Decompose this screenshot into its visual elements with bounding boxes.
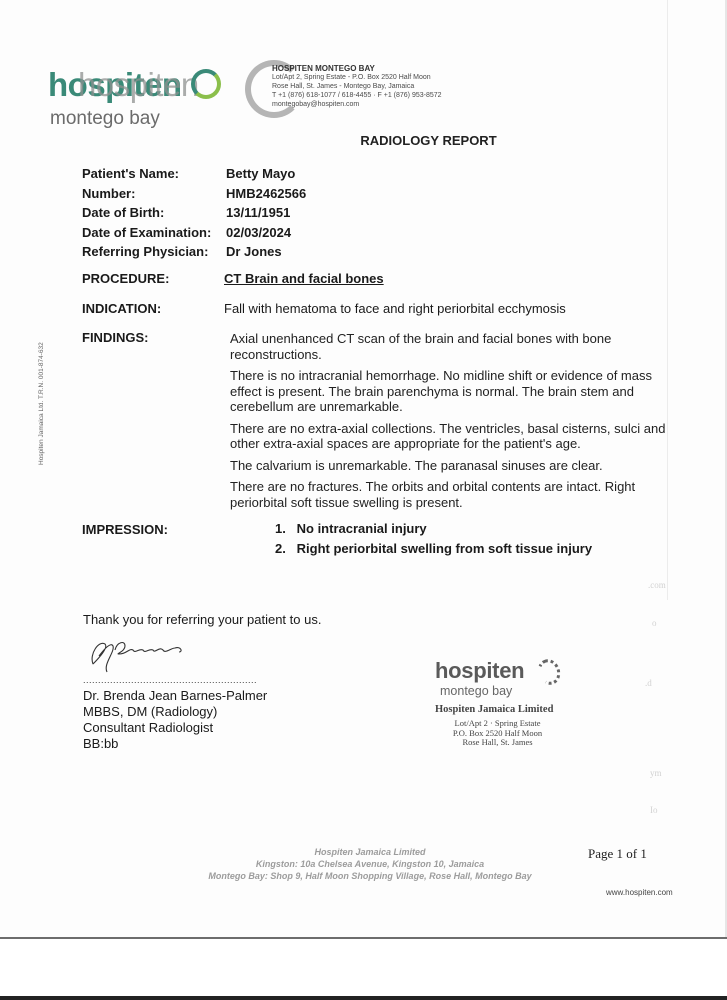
page-number: Page 1 of 1: [588, 846, 647, 862]
hospital-stamp: hospiten montego bay Hospiten Jamaica Li…: [435, 658, 585, 748]
report-title: RADIOLOGY REPORT: [0, 133, 727, 148]
bleed-through-mark: .d: [645, 678, 652, 688]
signer-title: Consultant Radiologist: [83, 720, 267, 736]
stamp-brand: hospiten: [435, 658, 585, 684]
signature-line: ........................................…: [83, 675, 257, 685]
findings-paragraph: Axial unenhanced CT scan of the brain an…: [230, 331, 670, 362]
impression-item: 2. Right periorbital swelling from soft …: [275, 541, 592, 561]
letterhead-address-line: Lot/Apt 2, Spring Estate - P.O. Box 2520…: [272, 73, 442, 82]
impression-text: Right periorbital swelling from soft tis…: [297, 541, 592, 556]
patient-name-value: Betty Mayo: [226, 166, 295, 181]
footer-montego-bay: Montego Bay: Shop 9, Half Moon Shopping …: [170, 870, 570, 882]
footer-address: Hospiten Jamaica Limited Kingston: 10a C…: [170, 846, 570, 882]
letterhead-phone-line: T +1 (876) 618-1077 / 618-4455 · F +1 (8…: [272, 91, 442, 100]
logo-ring-icon: [191, 69, 221, 99]
bleed-through-mark: ym: [650, 768, 662, 778]
stamp-address: Lot/Apt 2 · Spring Estate P.O. Box 2520 …: [435, 719, 560, 748]
findings-label: FINDINGS:: [82, 330, 148, 345]
referring-physician-value: Dr Jones: [226, 244, 282, 259]
findings-paragraph: There is no intracranial hemorrhage. No …: [230, 368, 670, 415]
signer-name: Dr. Brenda Jean Barnes-Palmer: [83, 688, 267, 704]
scan-bottom-edge: [0, 996, 727, 1000]
field-label: Patient's Name:: [82, 166, 226, 181]
report-page: hospiten hospiten montego bay HOSPITEN M…: [0, 0, 727, 939]
side-registration-text: Hospiten Jamaica Ltd. T.R.N. 001-874-632: [38, 342, 45, 465]
bleed-through-mark: Io: [650, 805, 658, 815]
date-of-birth-value: 13/11/1951: [226, 205, 290, 220]
footer-kingston: Kingston: 10a Chelsea Avenue, Kingston 1…: [170, 858, 570, 870]
impression-text: No intracranial injury: [297, 521, 427, 536]
findings-paragraph: There are no fractures. The orbits and o…: [230, 479, 670, 510]
stamp-brand-subtitle: montego bay: [440, 684, 585, 698]
impression-number: 1.: [275, 521, 293, 536]
indication-label: INDICATION:: [82, 301, 161, 316]
letterhead-address-line: Rose Hall, St. James - Montego Bay, Jama…: [272, 82, 442, 91]
date-of-examination-value: 02/03/2024: [226, 225, 291, 240]
findings-paragraph: The calvarium is unremarkable. The paran…: [230, 458, 670, 474]
letterhead-address: HOSPITEN MONTEGO BAY Lot/Apt 2, Spring E…: [272, 64, 442, 109]
date-of-examination-row: Date of Examination: 02/03/2024: [82, 223, 306, 243]
stamp-company: Hospiten Jamaica Limited: [435, 704, 585, 715]
signer-credentials: MBBS, DM (Radiology): [83, 704, 267, 720]
field-label: Date of Examination:: [82, 225, 226, 240]
field-label: Date of Birth:: [82, 205, 226, 220]
procedure-value: CT Brain and facial bones: [224, 271, 384, 286]
procedure-label: PROCEDURE:: [82, 271, 169, 286]
logo-wordmark-overprint: hospiten: [78, 66, 199, 104]
patient-number-value: HMB2462566: [226, 186, 306, 201]
letterhead-email: montegobay@hospiten.com: [272, 100, 442, 109]
referring-physician-row: Referring Physician: Dr Jones: [82, 242, 306, 262]
patient-info: Patient's Name: Betty Mayo Number: HMB24…: [82, 164, 306, 262]
bleed-through-mark: o: [652, 618, 657, 628]
field-label: Number:: [82, 186, 226, 201]
closing-thanks: Thank you for referring your patient to …: [83, 612, 321, 627]
patient-number-row: Number: HMB2462566: [82, 184, 306, 204]
letterhead-address-title: HOSPITEN MONTEGO BAY: [272, 64, 442, 73]
findings-body: Axial unenhanced CT scan of the brain an…: [230, 331, 670, 516]
findings-paragraph: There are no extra-axial collections. Th…: [230, 421, 670, 452]
logo-subtitle: montego bay: [50, 108, 160, 130]
footer-company: Hospiten Jamaica Limited: [170, 846, 570, 858]
patient-name-row: Patient's Name: Betty Mayo: [82, 164, 306, 184]
signer-initials: BB:bb: [83, 736, 267, 752]
impression-label: IMPRESSION:: [82, 522, 168, 537]
field-label: Referring Physician:: [82, 244, 226, 259]
hospiten-logo: hospiten hospiten montego bay: [48, 66, 248, 136]
impression-item: 1. No intracranial injury: [275, 521, 592, 541]
website-link[interactable]: www.hospiten.com: [606, 888, 673, 897]
date-of-birth-row: Date of Birth: 13/11/1951: [82, 203, 306, 223]
impression-number: 2.: [275, 541, 293, 556]
bleed-through-mark: .com: [648, 580, 666, 590]
signature-image: [85, 634, 205, 674]
signer-block: Dr. Brenda Jean Barnes-Palmer MBBS, DM (…: [83, 688, 267, 752]
indication-value: Fall with hematoma to face and right per…: [224, 301, 566, 316]
stamp-address-line: Rose Hall, St. James: [435, 738, 560, 748]
impression-list: 1. No intracranial injury 2. Right perio…: [275, 521, 592, 561]
